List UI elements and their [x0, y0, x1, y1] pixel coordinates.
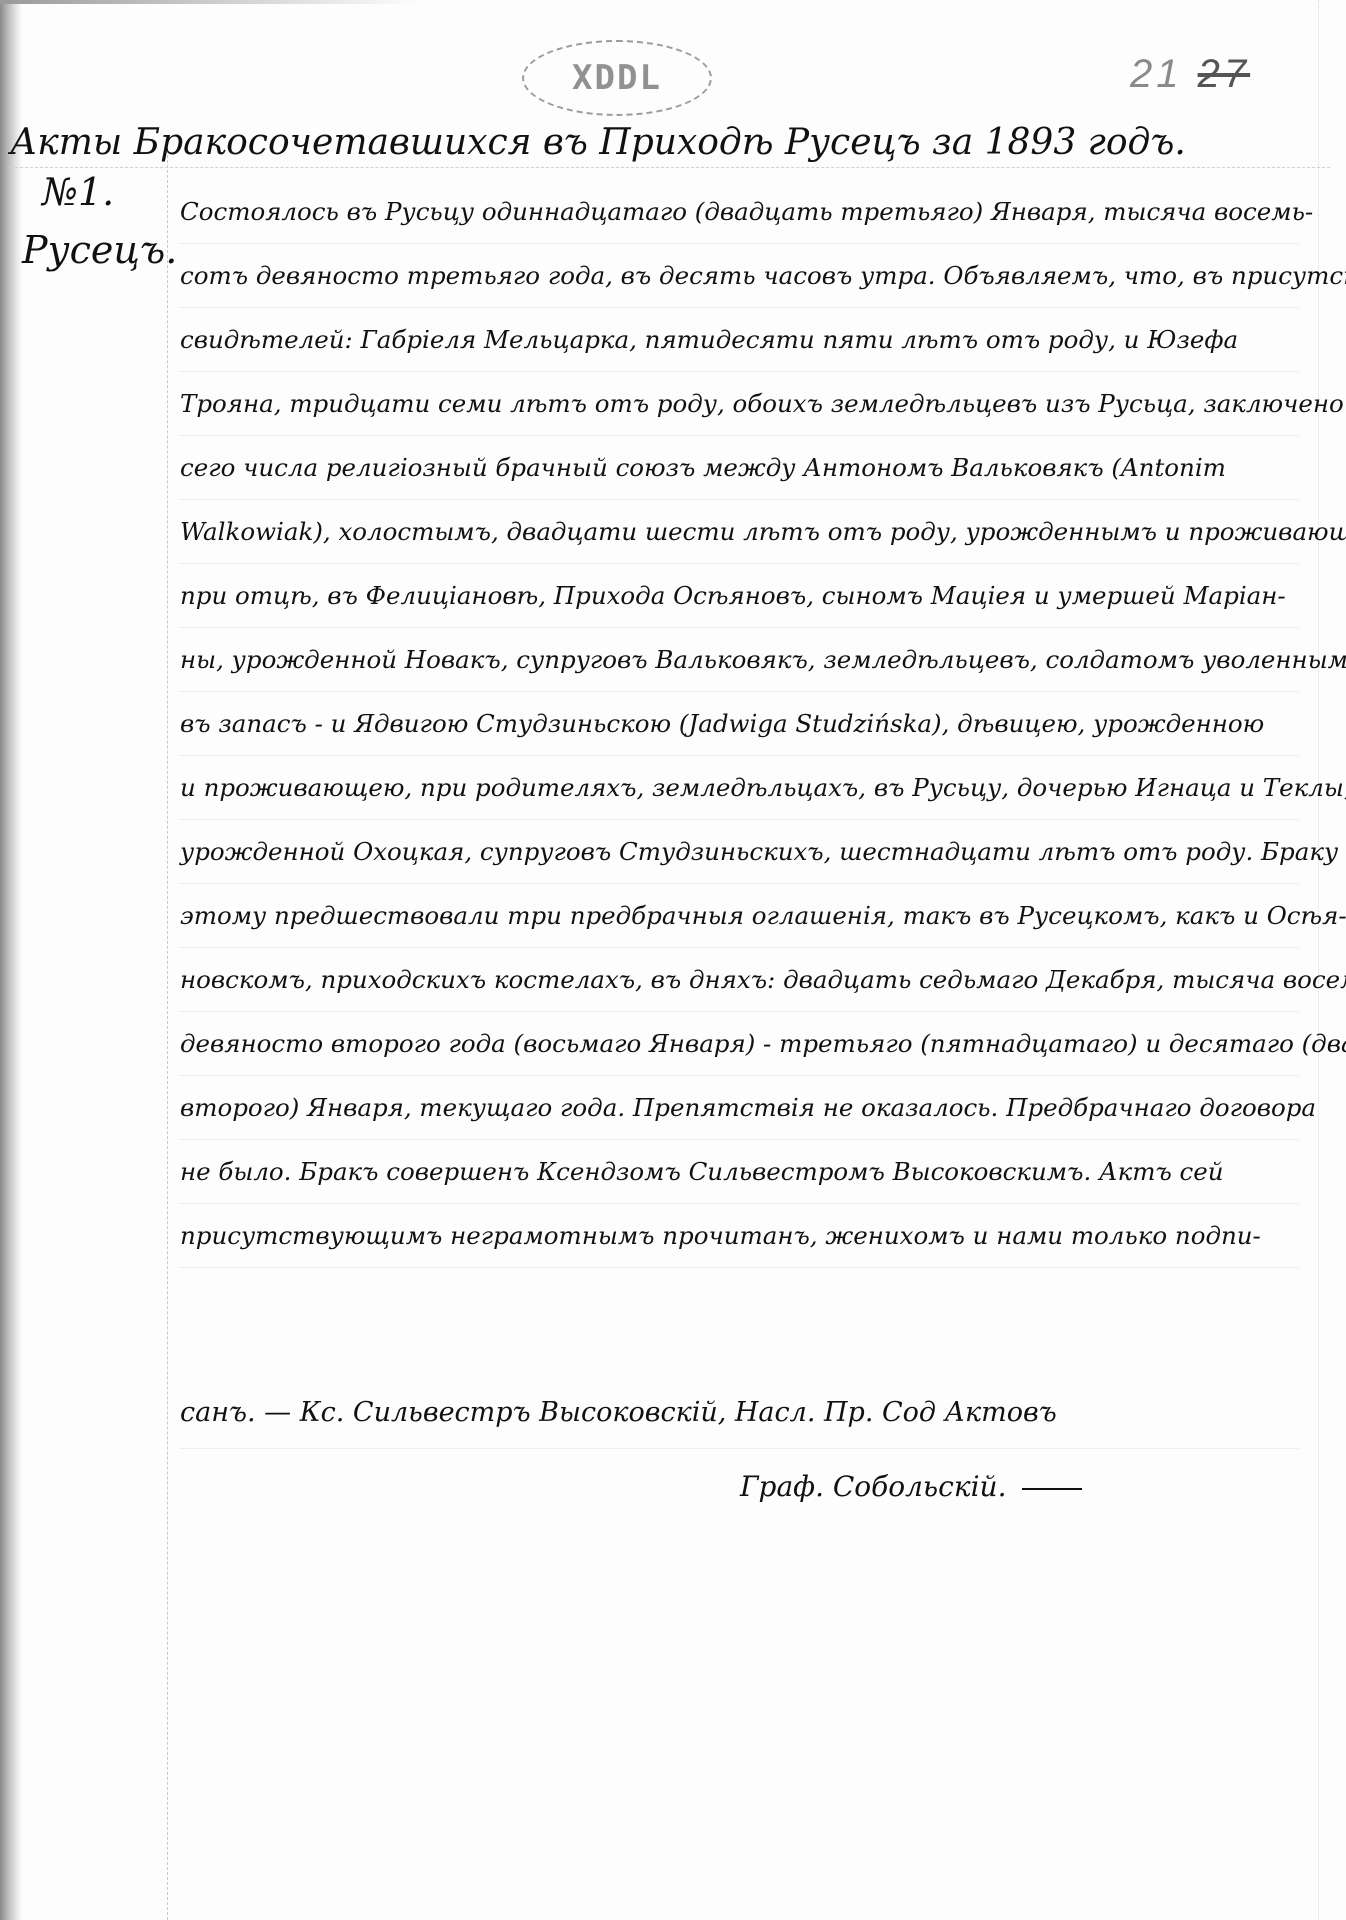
entry-number: №1. [14, 170, 164, 228]
entry-place: Русецъ. [14, 228, 164, 272]
archive-stamp: XDDL [522, 40, 712, 116]
body-line: урожденной Охоцкая, супруговъ Студзиньск… [180, 820, 1300, 884]
body-line: сотъ девяносто третьяго года, въ десять … [180, 244, 1300, 308]
margin-rule [167, 150, 168, 1920]
binding-shadow [0, 0, 22, 1920]
body-line: сего числа религіозный брачный союзъ меж… [180, 436, 1300, 500]
body-line: въ запасъ - и Ядвигою Студзиньскою (Jadw… [180, 692, 1300, 756]
body-line: ны, урожденной Новакъ, супруговъ Вальков… [180, 628, 1300, 692]
signature-registrar-text: Граф. Собольскій. [740, 1470, 1006, 1503]
entry-margin: №1. Русецъ. [14, 170, 164, 272]
document-page: XDDL 21 27 Акты Бракосочетавшихся въ При… [0, 0, 1346, 1920]
signature-line-registrar: Граф. Собольскій. [740, 1470, 1082, 1503]
folio-number: 21 27 [1130, 52, 1250, 97]
body-line: при отцѣ, въ Фелиціановѣ, Прихода Осѣяно… [180, 564, 1300, 628]
body-line: девяносто второго года (восьмаго Января)… [180, 1012, 1300, 1076]
body-line: присутствующимъ неграмотнымъ прочитанъ, … [180, 1204, 1300, 1268]
folio-number-current: 21 [1130, 52, 1183, 96]
page-title: Акты Бракосочетавшихся въ Приходѣ Русецъ… [10, 122, 1330, 168]
body-line: Walkowiak), холостымъ, двадцати шести лѣ… [180, 500, 1300, 564]
stamp-text: XDDL [572, 58, 662, 98]
body-line: Состоялось въ Русьцу одиннадцатаго (двад… [180, 180, 1300, 244]
body-line: и проживающею, при родителяхъ, земледѣль… [180, 756, 1300, 820]
body-line: свидѣтелей: Габріеля Мельцарка, пятидеся… [180, 308, 1300, 372]
body-line: второго) Января, текущаго года. Препятст… [180, 1076, 1300, 1140]
record-body: Состоялось въ Русьцу одиннадцатаго (двад… [180, 180, 1300, 1268]
signature-dash [1022, 1488, 1082, 1490]
body-line: этому предшествовали три предбрачныя огл… [180, 884, 1300, 948]
folio-number-struck: 27 [1198, 52, 1251, 96]
body-line: новскомъ, приходскихъ костелахъ, въ днях… [180, 948, 1300, 1012]
body-line: Трояна, тридцати семи лѣтъ отъ роду, обо… [180, 372, 1300, 436]
signature-line-priest: санъ. — Кс. Сильвестръ Высоковскій, Насл… [180, 1378, 1300, 1449]
body-line: не было. Бракъ совершенъ Ксендзомъ Сильв… [180, 1140, 1300, 1204]
signatures-block: санъ. — Кс. Сильвестръ Высоковскій, Насл… [180, 1378, 1300, 1449]
page-top-edge [0, 0, 420, 4]
